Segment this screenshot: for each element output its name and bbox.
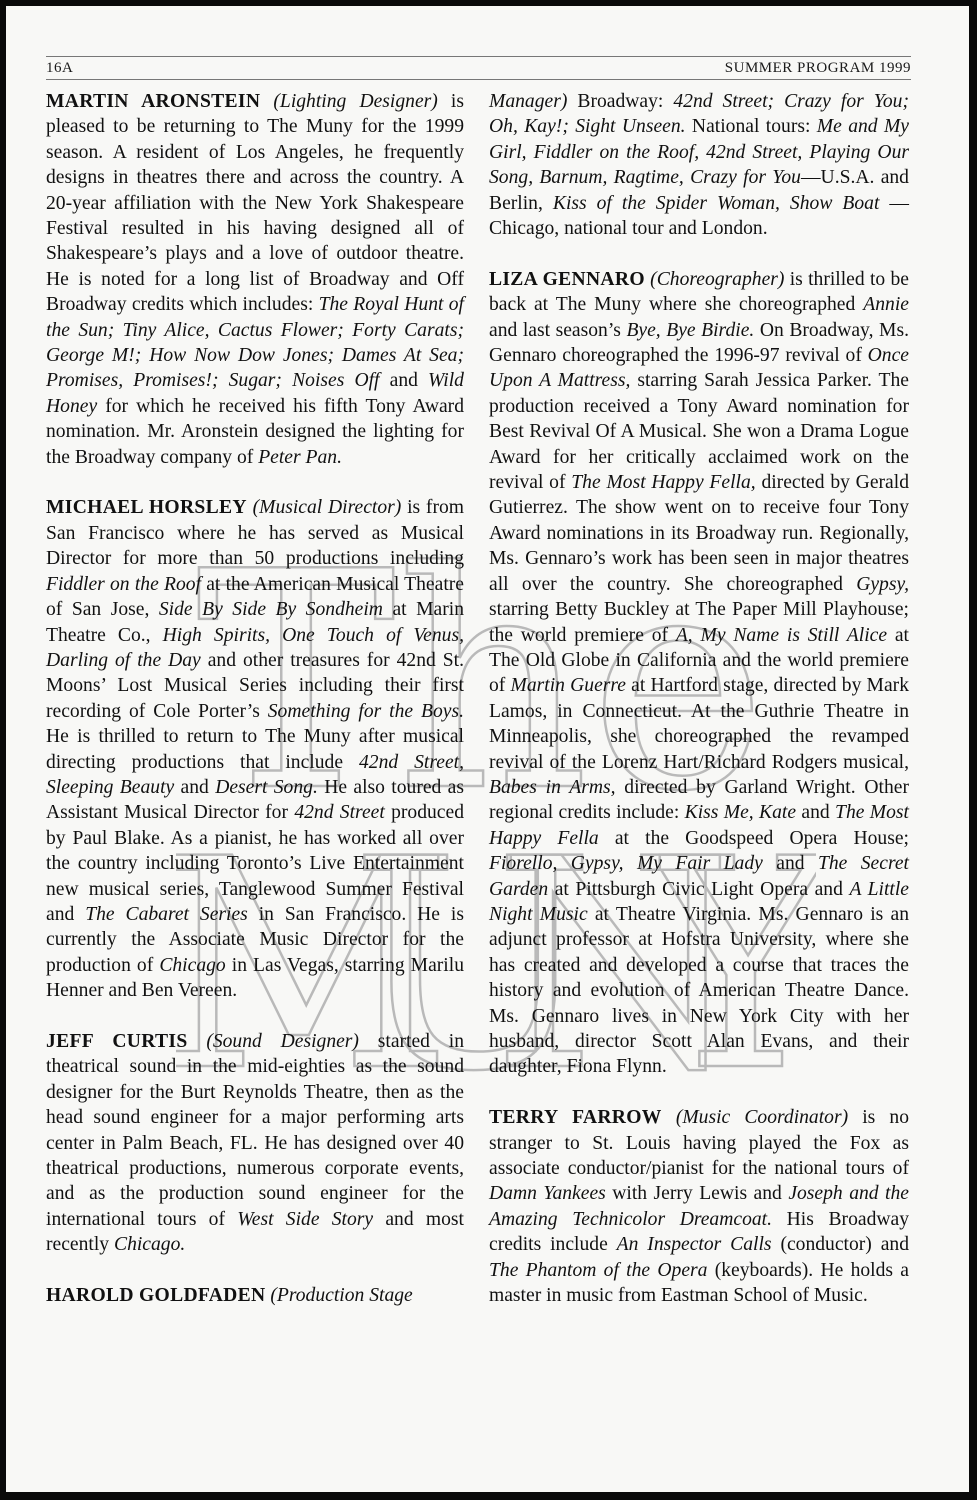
show-title: An Inspector Calls: [617, 1234, 772, 1255]
show-title: Chicago: [159, 955, 225, 976]
show-title: Peter Pan.: [258, 447, 342, 468]
show-title: Side By Side By Sondheim: [159, 599, 383, 620]
show-title: West Side Story: [237, 1209, 373, 1230]
bio-text: at Pittsburgh Civic Light Opera and: [548, 879, 849, 900]
bio-text: at Theatre Virginia. Ms. Gennaro is an a…: [489, 904, 909, 1077]
bio-text: and: [174, 777, 215, 798]
show-title: Kiss Me, Kate: [685, 802, 796, 823]
bio-role: (Sound Designer): [206, 1031, 359, 1052]
show-title: Annie: [863, 294, 909, 315]
bio-name: LIZA GENNARO: [489, 269, 645, 290]
bio-paragraph: MICHAEL HORSLEY (Musical Director) is fr…: [46, 495, 464, 1003]
bio-name: TERRY FARROW: [489, 1107, 662, 1128]
show-title: The Cabaret Series: [85, 904, 248, 925]
left-column: MARTIN ARONSTEIN (Lighting Designer) is …: [46, 89, 464, 1334]
show-title: Bye, Bye Birdie.: [626, 320, 754, 341]
bio-name: HAROLD GOLDFADEN: [46, 1285, 265, 1306]
show-title: Fiorello, Gypsy, My Fair Lady: [489, 853, 763, 874]
show-title: Desert Song.: [215, 777, 318, 798]
bio-paragraph: TERRY FARROW (Music Coordinator) is no s…: [489, 1105, 909, 1308]
bio-text: with Jerry Lewis and: [606, 1183, 789, 1204]
bio-role: Manager): [489, 91, 567, 112]
bio-text: and: [796, 802, 835, 823]
bio-paragraph: LIZA GENNARO (Choreographer) is thrilled…: [489, 267, 909, 1080]
bio-text: and: [380, 370, 429, 391]
bio-paragraph: JEFF CURTIS (Sound Designer) started in …: [46, 1029, 464, 1258]
bio-role: (Musical Director): [253, 497, 402, 518]
show-title: Gypsy,: [856, 574, 909, 595]
bio-text: is pleased to be returning to The Muny f…: [46, 91, 464, 315]
bio-text: for which he received his fifth Tony Awa…: [46, 396, 464, 468]
show-title: The Phantom of the Opera: [489, 1260, 707, 1281]
page-number: 16A: [46, 60, 73, 77]
bio-paragraph: MARTIN ARONSTEIN (Lighting Designer) is …: [46, 89, 464, 470]
program-page: The MUNY 16A SUMMER PROGRAM 1999 MARTIN …: [6, 6, 969, 1492]
show-title: Damn Yankees: [489, 1183, 606, 1204]
bio-name: MARTIN ARONSTEIN: [46, 91, 260, 112]
show-title: Martin Guerre: [511, 675, 626, 696]
bio-text: and: [763, 853, 818, 874]
bio-text: Broadway:: [567, 91, 673, 112]
bio-text: and last season’s: [489, 320, 626, 341]
show-title: The Most Happy Fella,: [571, 472, 755, 493]
running-header: 16A SUMMER PROGRAM 1999: [46, 56, 911, 80]
bio-text: National tours:: [686, 116, 817, 137]
bio-name: JEFF CURTIS: [46, 1031, 188, 1052]
right-column: Manager) Broadway: 42nd Street; Crazy fo…: [489, 89, 909, 1334]
show-title: 42nd Street: [294, 802, 384, 823]
bio-text: (conductor) and: [772, 1234, 909, 1255]
show-title: Chicago.: [114, 1234, 185, 1255]
bio-role: (Music Coordinator): [676, 1107, 848, 1128]
bio-text: at the Goodspeed Opera House;: [599, 828, 909, 849]
show-title: Babes in Arms,: [489, 777, 616, 798]
show-title: A, My Name is Still Alice: [676, 625, 887, 646]
bio-paragraph: HAROLD GOLDFADEN (Production Stage: [46, 1283, 464, 1308]
show-title: Fiddler on the Roof: [46, 574, 201, 595]
bio-name: MICHAEL HORSLEY: [46, 497, 247, 518]
show-title: Something for the Boys.: [268, 701, 464, 722]
bio-text: started in theatrical sound in the mid-e…: [46, 1031, 464, 1230]
publication-title: SUMMER PROGRAM 1999: [725, 60, 911, 77]
bio-role: (Production Stage: [270, 1285, 412, 1306]
bio-paragraph: Manager) Broadway: 42nd Street; Crazy fo…: [489, 89, 909, 241]
show-title: Kiss of the Spider Woman, Show Boat: [553, 193, 880, 214]
bio-role: (Choreographer): [650, 269, 784, 290]
bio-role: (Lighting Designer): [273, 91, 437, 112]
